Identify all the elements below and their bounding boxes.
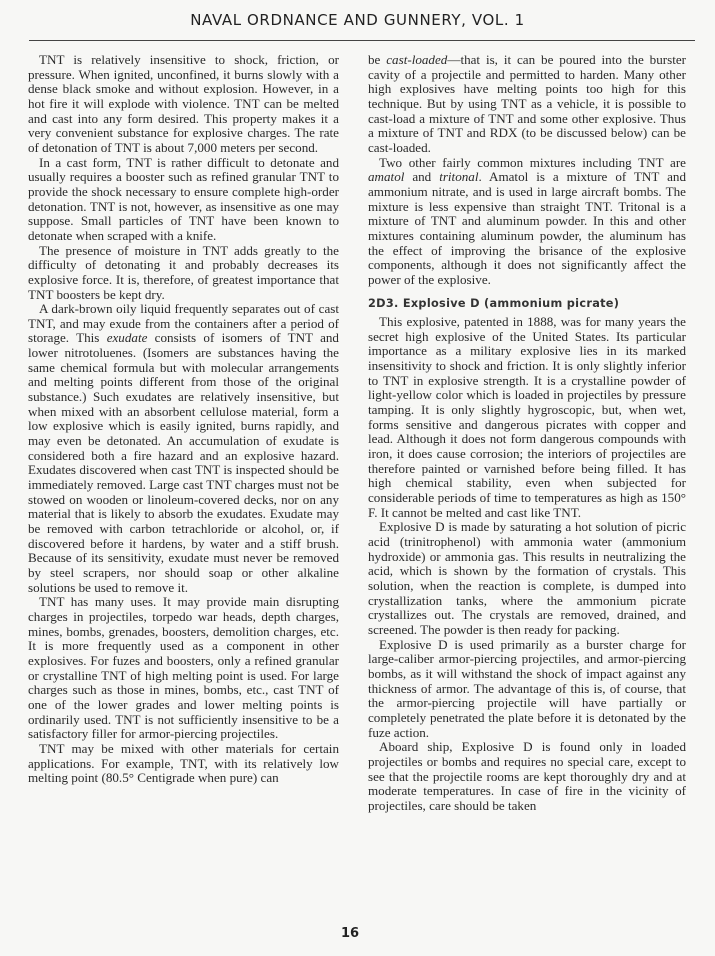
paragraph-continued: be cast-loaded—that is, it can be poured…: [368, 53, 686, 156]
paragraph: Aboard ship, Explosive D is found only i…: [368, 740, 686, 813]
paragraph: TNT is relatively insensitive to shock, …: [28, 53, 339, 156]
term-tritonal: tritonal: [439, 169, 478, 184]
term-exudate: exudate: [107, 330, 148, 345]
paragraph: TNT may be mixed with other materials fo…: [28, 742, 339, 786]
paragraph: Explosive D is made by saturating a hot …: [368, 520, 686, 637]
header-rule: [29, 40, 695, 41]
left-column: TNT is relatively insensitive to shock, …: [28, 53, 339, 786]
text-run: . Amatol is a mixture of TNT and ammoniu…: [368, 169, 686, 287]
paragraph: The presence of moisture in TNT adds gre…: [28, 244, 339, 303]
paragraph: In a cast form, TNT is rather difficult …: [28, 156, 339, 244]
page-number: 16: [0, 926, 700, 941]
term-cast-loaded: cast-loaded: [386, 52, 447, 67]
right-column: be cast-loaded—that is, it can be poured…: [368, 53, 686, 813]
running-header: NAVAL ORDNANCE AND GUNNERY, VOL. 1: [0, 11, 715, 29]
term-amatol: amatol: [368, 169, 404, 184]
text-run: be: [368, 52, 386, 67]
paragraph-exudate: A dark-brown oily liquid frequently sepa…: [28, 302, 339, 595]
text-run: —that is, it can be poured into the burs…: [368, 52, 686, 155]
paragraph: This explosive, patented in 1888, was fo…: [368, 315, 686, 520]
text-run: consists of isomers of TNT and lower nit…: [28, 330, 339, 594]
text-run: Two other fairly common mixtures includi…: [379, 155, 686, 170]
paragraph: Explosive D is used primarily as a burst…: [368, 638, 686, 741]
paragraph-mixtures: Two other fairly common mixtures includi…: [368, 156, 686, 288]
section-heading: 2D3. Explosive D (ammonium picrate): [368, 297, 686, 312]
paragraph: TNT has many uses. It may provide main d…: [28, 595, 339, 742]
text-run: and: [404, 169, 439, 184]
